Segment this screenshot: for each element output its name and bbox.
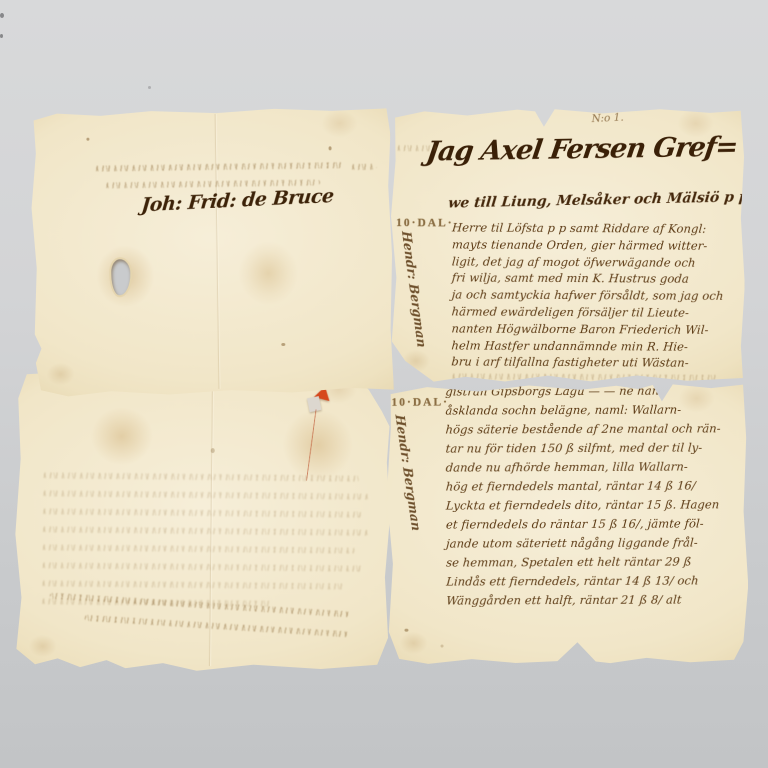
seal-stain [238,241,299,306]
showthrough-line [41,562,364,571]
foxing-speck [404,629,408,632]
handwritten-line: ja och samtyckia hafwer försåldt, som ja… [451,287,741,305]
showthrough-line [42,526,369,535]
faint-handwriting-flourish [351,164,377,170]
showthrough-line [42,544,356,553]
torn-cut-text-line [451,373,719,380]
handwritten-line: jande utom säteriett någång liggande frå… [445,533,744,553]
document-top-left-letter-verso: Joh: Frid: de Bruce [28,105,394,397]
stamp-duty-ten-daler: 10·DAL· [396,217,454,229]
docket-line [50,593,350,618]
foxing-speck [441,645,444,648]
background-speck [0,13,4,18]
handwritten-line: tar nu för tiden 150 ß silfmt, med der t… [445,438,744,458]
handwritten-line: Lyckta et fierndedels dito, räntar 15 ß.… [445,495,744,515]
document-bottom-right-deed-page-2: 10·DAL· Hendr: Bergman gistran Gipsborgs… [383,381,748,666]
showthrough-line [42,508,362,517]
handwritten-line: Herre til Löfsta p p samt Riddare af Kon… [451,219,741,237]
handwritten-line: bru i arf tilfallna fastigheter uti Wäst… [451,354,741,372]
handwritten-line: dande nu afhörde hemman, lilla Wallarn- [445,457,744,477]
margin-showthrough [396,145,438,151]
handwritten-line: mayts tienande Orden, gier härmed witter… [451,236,741,254]
background-speck [148,86,151,89]
seal-paper-fragment [307,396,322,412]
handwritten-line: Lindås ett fierndedels, räntar 14 ß 13/ … [446,571,745,591]
signature-joh-frid-de-bruce: Joh: Frid: de Bruce [140,185,334,217]
foxing-speck [86,138,89,141]
margin-signature-vertical: Hendr: Bergman [392,415,424,531]
ink-mark [211,448,215,453]
deed-heading-line-2: we till Liung, Melsåker och Mälsiö p p p [447,189,764,212]
foxing-speck [281,343,285,346]
fold-crease [214,114,221,390]
deed-body-text: Herre til Löfsta p p samt Riddare af Kon… [451,219,741,372]
faint-handwriting-line [95,162,345,171]
handwritten-line: Wänggården ett halft, räntar 21 ß 8/ alt [446,590,745,610]
handwritten-line: hög et fierndedels mantal, räntar 14 ß 1… [445,476,744,496]
handwritten-line: härmed ewärdeligen försäljer til Lieute- [451,303,741,321]
handwritten-line: åsklanda sochn belägne, naml: Wallarn- [445,400,744,420]
handwritten-line: fri wilja, samt med min K. Hustrus goda [451,270,741,288]
handwritten-line: nanten Högwälborne Baron Friederich Wil- [451,320,741,338]
handwritten-line: gistran Gipsborgs Lagu — — ne hans [445,381,744,401]
showthrough-line [42,472,359,481]
seal-stain [91,407,154,466]
stamp-duty-ten-daler: 10·DAL· [391,397,449,409]
docket-number: N:o 1. [591,111,624,124]
margin-signature-vertical: Hendr: Bergman [399,231,430,347]
auction-photograph: Joh: Frid: de Bruce N [0,0,768,768]
docket-line [84,615,348,638]
handwritten-line: et fierndedels do räntar 15 ß 16/, jämte… [445,514,744,534]
background-speck [0,34,3,38]
handwritten-line: ligit, det jag af mogot öfwerwägande och [451,253,741,271]
showthrough-line [42,490,369,499]
handwritten-line: högs säterie bestående af 2ne mantal och… [445,419,744,439]
handwritten-line: helm Hastfer undannämnde min R. Hie- [451,337,741,355]
document-top-right-deed-page-1: N:o 1. Jag Axel Fersen Gref= we till Liu… [387,105,745,385]
document-bottom-left-leaf [12,368,391,674]
deed-body-text: gistran Gipsborgs Lagu — — ne hansåsklan… [445,381,744,610]
foxing-speck [329,146,332,150]
handwritten-line: se hemman, Spetalen ett helt räntar 29 ß [446,552,745,572]
deed-heading-line-1: Jag Axel Fersen Gref= [424,132,739,168]
